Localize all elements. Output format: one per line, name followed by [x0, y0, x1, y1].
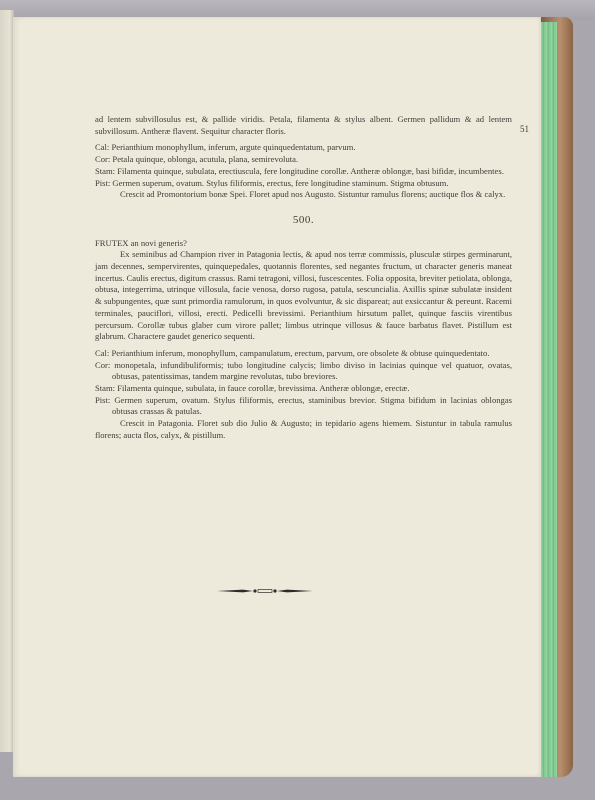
habitat-note: Crescit ad Promontorium bonæ Spei. Flore… — [95, 189, 512, 201]
entry-calyx: Cal: Perianthium inferum, monophyllum, c… — [95, 348, 512, 360]
page-block-edges — [540, 22, 557, 777]
entry-title: FRUTEX an novi generis? — [95, 238, 512, 250]
tailpiece-ornament-icon — [215, 587, 315, 595]
continuation-intro: ad lentem subvillosulus est, & pallide v… — [95, 114, 512, 137]
entry-stamen: Stam: Filamenta quinque, subulata, in fa… — [95, 383, 512, 395]
stamen-description: Stam: Filamenta quinque, subulata, erect… — [95, 166, 512, 178]
page-text: ad lentem subvillosulus est, & pallide v… — [95, 114, 512, 442]
corolla-description: Cor: Petala quinque, oblonga, acutula, p… — [95, 154, 512, 166]
calyx-description: Cal: Perianthium monophyllum, inferum, a… — [95, 142, 512, 154]
pistil-description: Pist: Germen superum, ovatum. Stylus fil… — [95, 178, 512, 190]
entry-pistil: Pist: Germen superum, ovatum. Stylus fil… — [95, 395, 512, 418]
entry-habitat: Crescit in Patagonia. Floret sub dio Jul… — [95, 418, 512, 441]
entry-description: Ex seminibus ad Champion river in Patago… — [95, 249, 512, 343]
page-number: 51 — [520, 124, 529, 134]
entry-corolla: Cor: monopetala, infundibuliformis; tubo… — [95, 360, 512, 383]
entry-number: 500. — [95, 215, 512, 227]
facing-page-edge — [0, 10, 14, 752]
